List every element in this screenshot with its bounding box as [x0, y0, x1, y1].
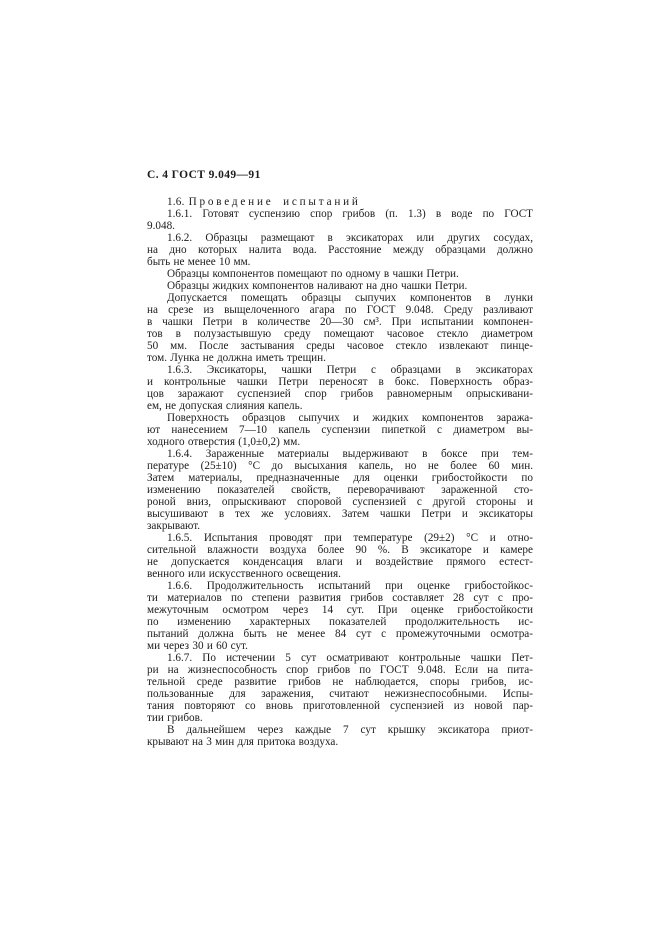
text-line: на дно которых налита вода. Расстояние м… [147, 244, 533, 256]
text-line: и контрольные чашки Петри переносят в бо… [147, 376, 533, 388]
text-line: сительной влажности воздуха более 90 %. … [147, 544, 533, 556]
paragraph: 1.6.4. Зараженные материалы выдерживают … [147, 448, 533, 532]
text-line: быть не менее 10 мм. [147, 256, 533, 268]
text-line: цов заражают суспензией спор грибов равн… [147, 388, 533, 400]
text-line: тельной среде развитие грибов не наблюда… [147, 676, 533, 688]
text-line: венного или искусственного освещения. [147, 568, 533, 580]
text-line: ют нанесением 7—10 капель суспензии пипе… [147, 424, 533, 436]
text-line: 1.6.6. Продолжительность испытаний при о… [147, 580, 533, 592]
text-line: ти материалов по степени развития грибов… [147, 592, 533, 604]
section-number: 1.6. [167, 196, 185, 208]
paragraph: 1.6.5. Испытания проводят при температур… [147, 532, 533, 580]
text-line: 1.6.1. Готовят суспензию спор грибов (п.… [147, 208, 533, 220]
page-header: С. 4 ГОСТ 9.049—91 [147, 169, 261, 181]
text-line: Образцы жидких компонентов наливают на д… [147, 280, 533, 292]
text-line: пературе (25±10) °С до высыхания капель,… [147, 460, 533, 472]
text-line: ходного отверстия (1,0±0,2) мм. [147, 436, 533, 448]
body-lines: 1.6.1. Готовят суспензию спор грибов (п.… [147, 208, 533, 748]
text-line: Затем материалы, предназначенные для оце… [147, 472, 533, 484]
text-line: по изменению характерных показателей про… [147, 616, 533, 628]
text-line: 1.6.3. Эксикаторы, чашки Петри с образца… [147, 364, 533, 376]
paragraph: Образцы компонентов помещают по одному в… [147, 268, 533, 280]
section-title: Проведение испытаний [189, 196, 361, 208]
paragraph: Допускается помещать образцы сыпучих ком… [147, 292, 533, 364]
text-line: тания повторяют со вновь приготовленной … [147, 700, 533, 712]
text-line: Допускается помещать образцы сыпучих ком… [147, 292, 533, 304]
text-line: тии грибов. [147, 712, 533, 724]
text-line: ри на жизнеспособность спор грибов по ГО… [147, 664, 533, 676]
text-line: 1.6.7. По истечении 5 сут осматривают ко… [147, 652, 533, 664]
text-line: в чашки Петри в количестве 20—30 см³. Пр… [147, 316, 533, 328]
section-heading: 1.6.Проведение испытаний [147, 196, 533, 208]
text-line: 50 мм. После застывания среды часовое ст… [147, 340, 533, 352]
text-line: пользованные для заражения, считают нежи… [147, 688, 533, 700]
paragraph: 1.6.2. Образцы размещают в эксикаторах и… [147, 232, 533, 268]
text-line: В дальнейшем через каждые 7 сут крышку э… [147, 724, 533, 736]
text-line: на срезе из выщелоченного агара по ГОСТ … [147, 304, 533, 316]
text-line: крывают на 3 мин для притока воздуха. [147, 736, 533, 748]
text-line: Поверхность образцов сыпучих и жидких ко… [147, 412, 533, 424]
paragraph: 1.6.6. Продолжительность испытаний при о… [147, 580, 533, 652]
paragraph: Образцы жидких компонентов наливают на д… [147, 280, 533, 292]
paragraph: Поверхность образцов сыпучих и жидких ко… [147, 412, 533, 448]
text-line: том. Лунка не должна иметь трещин. [147, 352, 533, 364]
text-line: 1.6.5. Испытания проводят при температур… [147, 532, 533, 544]
text-line: тов в полузастывшую среду помещают часов… [147, 328, 533, 340]
text-line: 9.048. [147, 220, 533, 232]
text-line: пытаний должна быть не менее 84 сут с пр… [147, 628, 533, 640]
text-line: 1.6.2. Образцы размещают в эксикаторах и… [147, 232, 533, 244]
text-line: роной вниз, опрыскивают споровой суспенз… [147, 496, 533, 508]
paragraph: В дальнейшем через каждые 7 сут крышку э… [147, 724, 533, 748]
paragraph: 1.6.3. Эксикаторы, чашки Петри с образца… [147, 364, 533, 412]
text-line: изменению показателей свойств, переворач… [147, 484, 533, 496]
text-line: межуточным осмотром через 14 сут. При оц… [147, 604, 533, 616]
text-line: высушивают в тех же условиях. Затем чашк… [147, 508, 533, 520]
paragraph: 1.6.7. По истечении 5 сут осматривают ко… [147, 652, 533, 724]
text-line: ем, не допуская слияния капель. [147, 400, 533, 412]
text-line: 1.6.4. Зараженные материалы выдерживают … [147, 448, 533, 460]
text-line: Образцы компонентов помещают по одному в… [147, 268, 533, 280]
page-content: 1.6.Проведение испытаний 1.6.1. Готовят … [147, 196, 533, 748]
text-line: ми через 30 и 60 сут. [147, 640, 533, 652]
paragraph: 1.6.1. Готовят суспензию спор грибов (п.… [147, 208, 533, 232]
text-line: закрывают. [147, 520, 533, 532]
text-line: не допускается конденсация влаги и возде… [147, 556, 533, 568]
